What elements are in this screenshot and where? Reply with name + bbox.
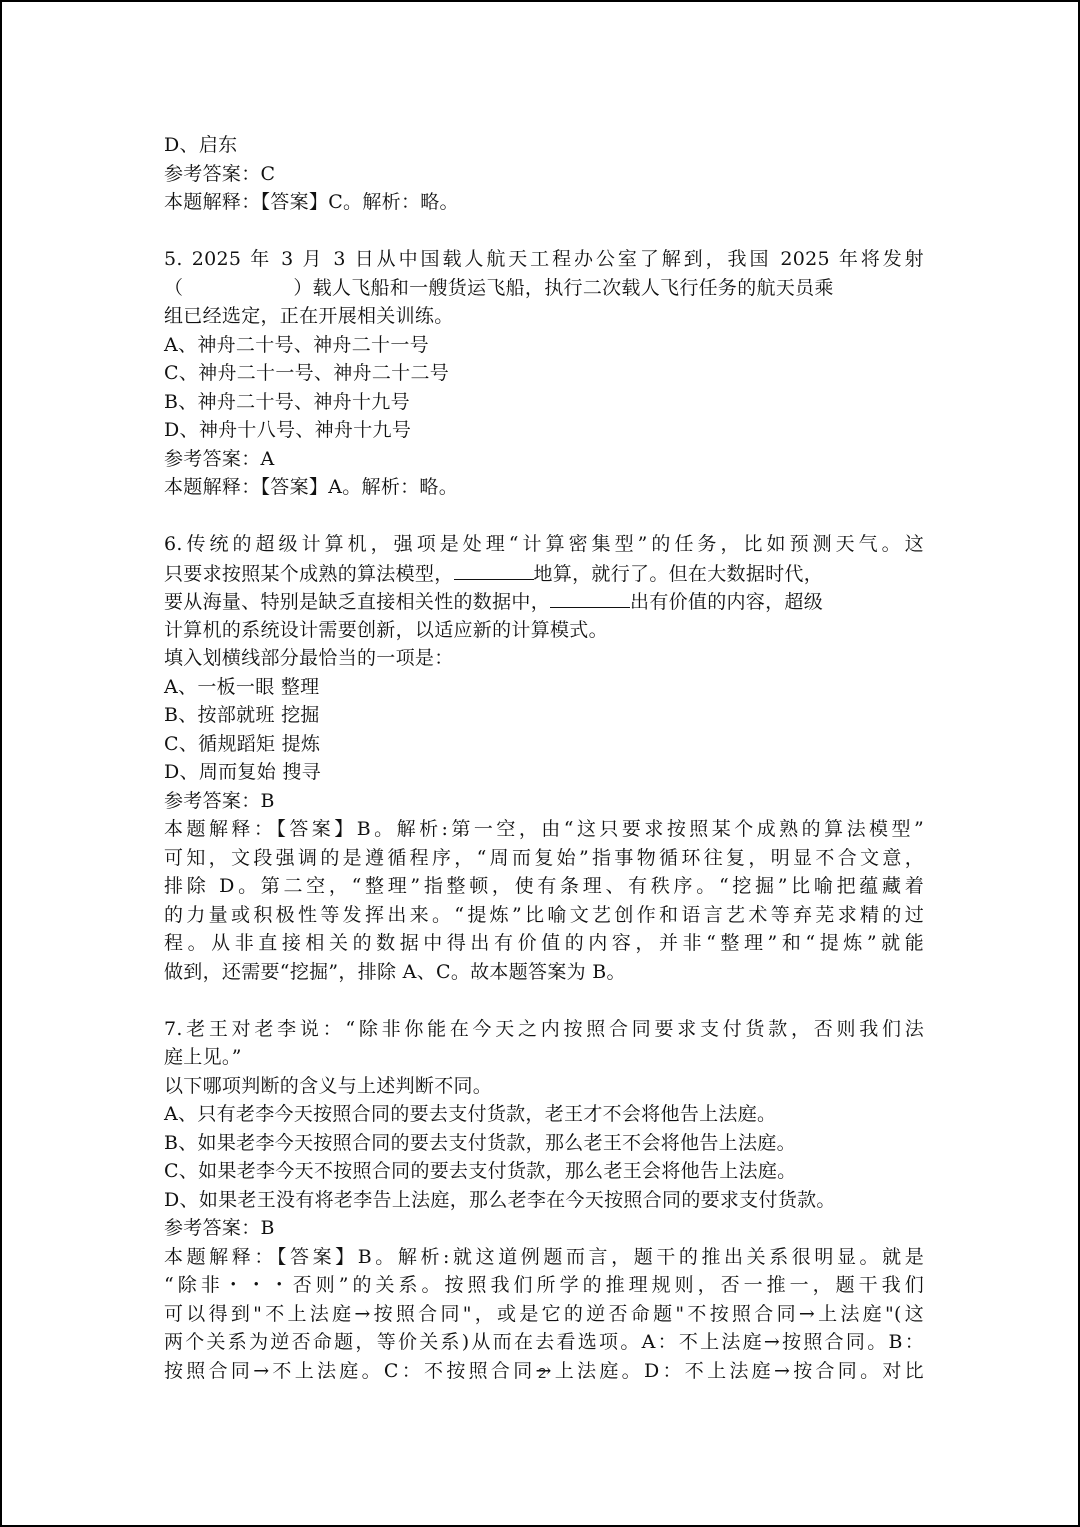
q7-answer: 参考答案：B (164, 1214, 924, 1243)
q5-paren-open: （ (164, 277, 183, 299)
q6-option: A、一板一眼 整理 (164, 673, 924, 702)
q5-option: D、神舟十八号、神舟十九号 (164, 416, 924, 445)
q6-stem-line-2-a: 只要求按照某个成熟的算法模型， (164, 563, 454, 585)
spacer (164, 502, 924, 531)
q5-stem-line-2: （）载人飞船和一艘货运飞船，执行二次载人飞行任务的航天员乘 (164, 274, 924, 303)
q7-explanation-line: 可以得到"不上法庭→按照合同"，或是它的逆否命题"不按照合同→上法庭"(这 (164, 1300, 924, 1329)
page-content: D、启东 参考答案：C 本题解释：【答案】C。解析：略。 5. 2025 年 3… (164, 131, 924, 1385)
q7-stem-line-2: 庭上见。” (164, 1043, 924, 1072)
q7-option: D、如果老王没有将老李告上法庭，那么老李在今天按照合同的要求支付货款。 (164, 1186, 924, 1215)
q6-stem-line-3-a: 要从海量、特别是缺乏直接相关性的数据中， (164, 591, 550, 613)
q6-blank-2 (550, 587, 630, 608)
q6-explanation-line: 的力量或积极性等发挥出来。“提炼”比喻文艺创作和语言艺术等弃芜求精的过 (164, 901, 924, 930)
q6-stem-line-3: 要从海量、特别是缺乏直接相关性的数据中，出有价值的内容，超级 (164, 587, 924, 616)
q6-stem-line-4: 计算机的系统设计需要创新，以适应新的计算模式。 (164, 616, 924, 645)
q5-answer: 参考答案：A (164, 445, 924, 474)
q6-stem-line-2-b: 地算，就行了。但在大数据时代， (534, 563, 824, 585)
q6-prompt: 填入划横线部分最恰当的一项是： (164, 644, 924, 673)
q7-prompt: 以下哪项判断的含义与上述判断不同。 (164, 1072, 924, 1101)
q7-explanation-line: 本题解释：【答案】B。解析:就这道例题而言，题干的推出关系很明显。就是 (164, 1243, 924, 1272)
q6-explanation-line: 可知，文段强调的是遵循程序，“周而复始”指事物循环往复，明显不合文意， (164, 844, 924, 873)
q6-stem-line-3-b: 出有价值的内容，超级 (630, 591, 823, 613)
q6-answer: 参考答案：B (164, 787, 924, 816)
q7-explanation-line: 两个关系为逆否命题，等价关系)从而在去看选项。A：不上法庭→按照合同。B： (164, 1328, 924, 1357)
q6-explanation-line: 做到，还需要“挖掘”，排除 A、C。故本题答案为 B。 (164, 958, 924, 987)
spacer (164, 217, 924, 246)
q7-option: C、如果老李今天不按照合同的要去支付货款，那么老王会将他告上法庭。 (164, 1157, 924, 1186)
q4-answer: 参考答案：C (164, 160, 924, 189)
page-number: 2 (2, 1365, 1080, 1382)
document-page: D、启东 参考答案：C 本题解释：【答案】C。解析：略。 5. 2025 年 3… (0, 0, 1080, 1527)
q7-option: B、如果老李今天按照合同的要去支付货款，那么老王不会将他告上法庭。 (164, 1129, 924, 1158)
q6-explanation-line: 排除 D。第二空，“整理”指整顿，使有条理、有秩序。“挖掘”比喻把蕴藏着 (164, 872, 924, 901)
q5-explanation: 本题解释：【答案】A。解析：略。 (164, 473, 924, 502)
q6-explanation-line: 本题解释：【答案】B。解析:第一空，由“这只要求按照某个成熟的算法模型” (164, 815, 924, 844)
q5-stem-line-2-rest: ）载人飞船和一艘货运飞船，执行二次载人飞行任务的航天员乘 (293, 277, 833, 299)
q5-option: A、神舟二十号、神舟二十一号 (164, 331, 924, 360)
q6-stem-line-1: 6.传统的超级计算机，强项是处理“计算密集型”的任务，比如预测天气。这 (164, 530, 924, 559)
q5-stem-line-3: 组已经选定，正在开展相关训练。 (164, 302, 924, 331)
q6-blank-1 (454, 559, 534, 580)
q5-stem-line-1: 5. 2025 年 3 月 3 日从中国载人航天工程办公室了解到，我国 2025… (164, 245, 924, 274)
q7-explanation-line: “除非・・・否则”的关系。按照我们所学的推理规则，否一推一，题干我们 (164, 1271, 924, 1300)
q7-stem-line-1: 7.老王对老李说：“除非你能在今天之内按照合同要求支付货款，否则我们法 (164, 1015, 924, 1044)
q4-explanation: 本题解释：【答案】C。解析：略。 (164, 188, 924, 217)
q6-stem-line-2: 只要求按照某个成熟的算法模型，地算，就行了。但在大数据时代， (164, 559, 924, 588)
q6-explanation-line: 程。从非直接相关的数据中得出有价值的内容，并非“整理”和“提炼”就能 (164, 929, 924, 958)
q4-option-d: D、启东 (164, 131, 924, 160)
q6-option: C、循规蹈矩 提炼 (164, 730, 924, 759)
q5-option: C、神舟二十一号、神舟二十二号 (164, 359, 924, 388)
q6-option: B、按部就班 挖掘 (164, 701, 924, 730)
spacer (164, 986, 924, 1015)
q6-option: D、周而复始 搜寻 (164, 758, 924, 787)
q5-option: B、神舟二十号、神舟十九号 (164, 388, 924, 417)
q7-option: A、只有老李今天按照合同的要去支付货款，老王才不会将他告上法庭。 (164, 1100, 924, 1129)
